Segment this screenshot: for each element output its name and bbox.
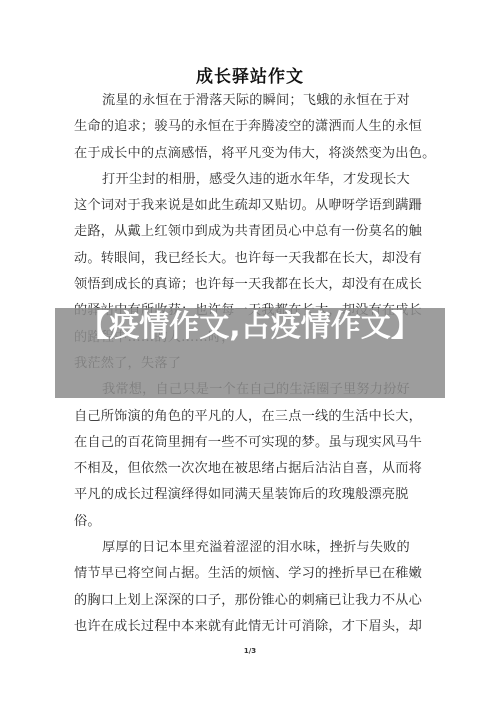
text-line: 领悟到成长的真谛；也许每一天我都在长大，却没有在成长 [74, 272, 438, 298]
document-title: 成长驿站作文 [0, 62, 500, 87]
page-number: 1/3 [0, 647, 500, 655]
text-line: 的胸口上划上深深的口子，那份锥心的刺痛已让我力不从心 [74, 588, 438, 614]
text-line: 动。转眼间，我已经长大。也许每一天我都在长大，却没有 [74, 246, 438, 272]
text-line: 流星的永恒在于滑落天际的瞬间；飞蛾的永恒在于对 [74, 88, 438, 114]
text-line: 这个词对于我来说是如此生疏却又贴切。从咿呀学语到蹒跚 [74, 193, 438, 219]
text-line: 在自己的百花筒里拥有一些不可实现的梦。虽与现实风马牛 [74, 430, 438, 456]
text-line: 俗。 [74, 509, 438, 535]
text-line: 在于成长中的点滴感悟，将平凡变为伟大，将淡然变为出色。 [74, 141, 438, 167]
text-line: 情节早已将空间占据。生活的烦恼、学习的挫折早已在稚嫩 [74, 561, 438, 587]
text-line: 厚厚的日记本里充溢着涩涩的泪水味，挫折与失败的 [74, 535, 438, 561]
text-line: 也许在成长过程中本来就有此情无计可消除，才下眉头，却 [74, 614, 438, 640]
text-line: 平凡的成长过程演绎得如同满天星装饰后的玫瑰般漂亮脱 [74, 482, 438, 508]
overlay-banner-title: 【疫情作文,占疫情作文】 [55, 310, 445, 344]
text-line: 走路，从戴上红领巾到成为共青团员心中总有一份莫名的触 [74, 219, 438, 245]
text-line: 自己所饰演的角色的平凡的人，在三点一线的生活中长大， [74, 404, 438, 430]
text-line: 不相及，但依然一次次地在被思绪占据后沾沾自喜，从而将 [74, 456, 438, 482]
text-line: 生命的追求；骏马的永恒在于奔腾凌空的潇洒而人生的永恒 [74, 114, 438, 140]
text-line: 打开尘封的相册，感受久违的逝水年华，才发现长大 [74, 167, 438, 193]
